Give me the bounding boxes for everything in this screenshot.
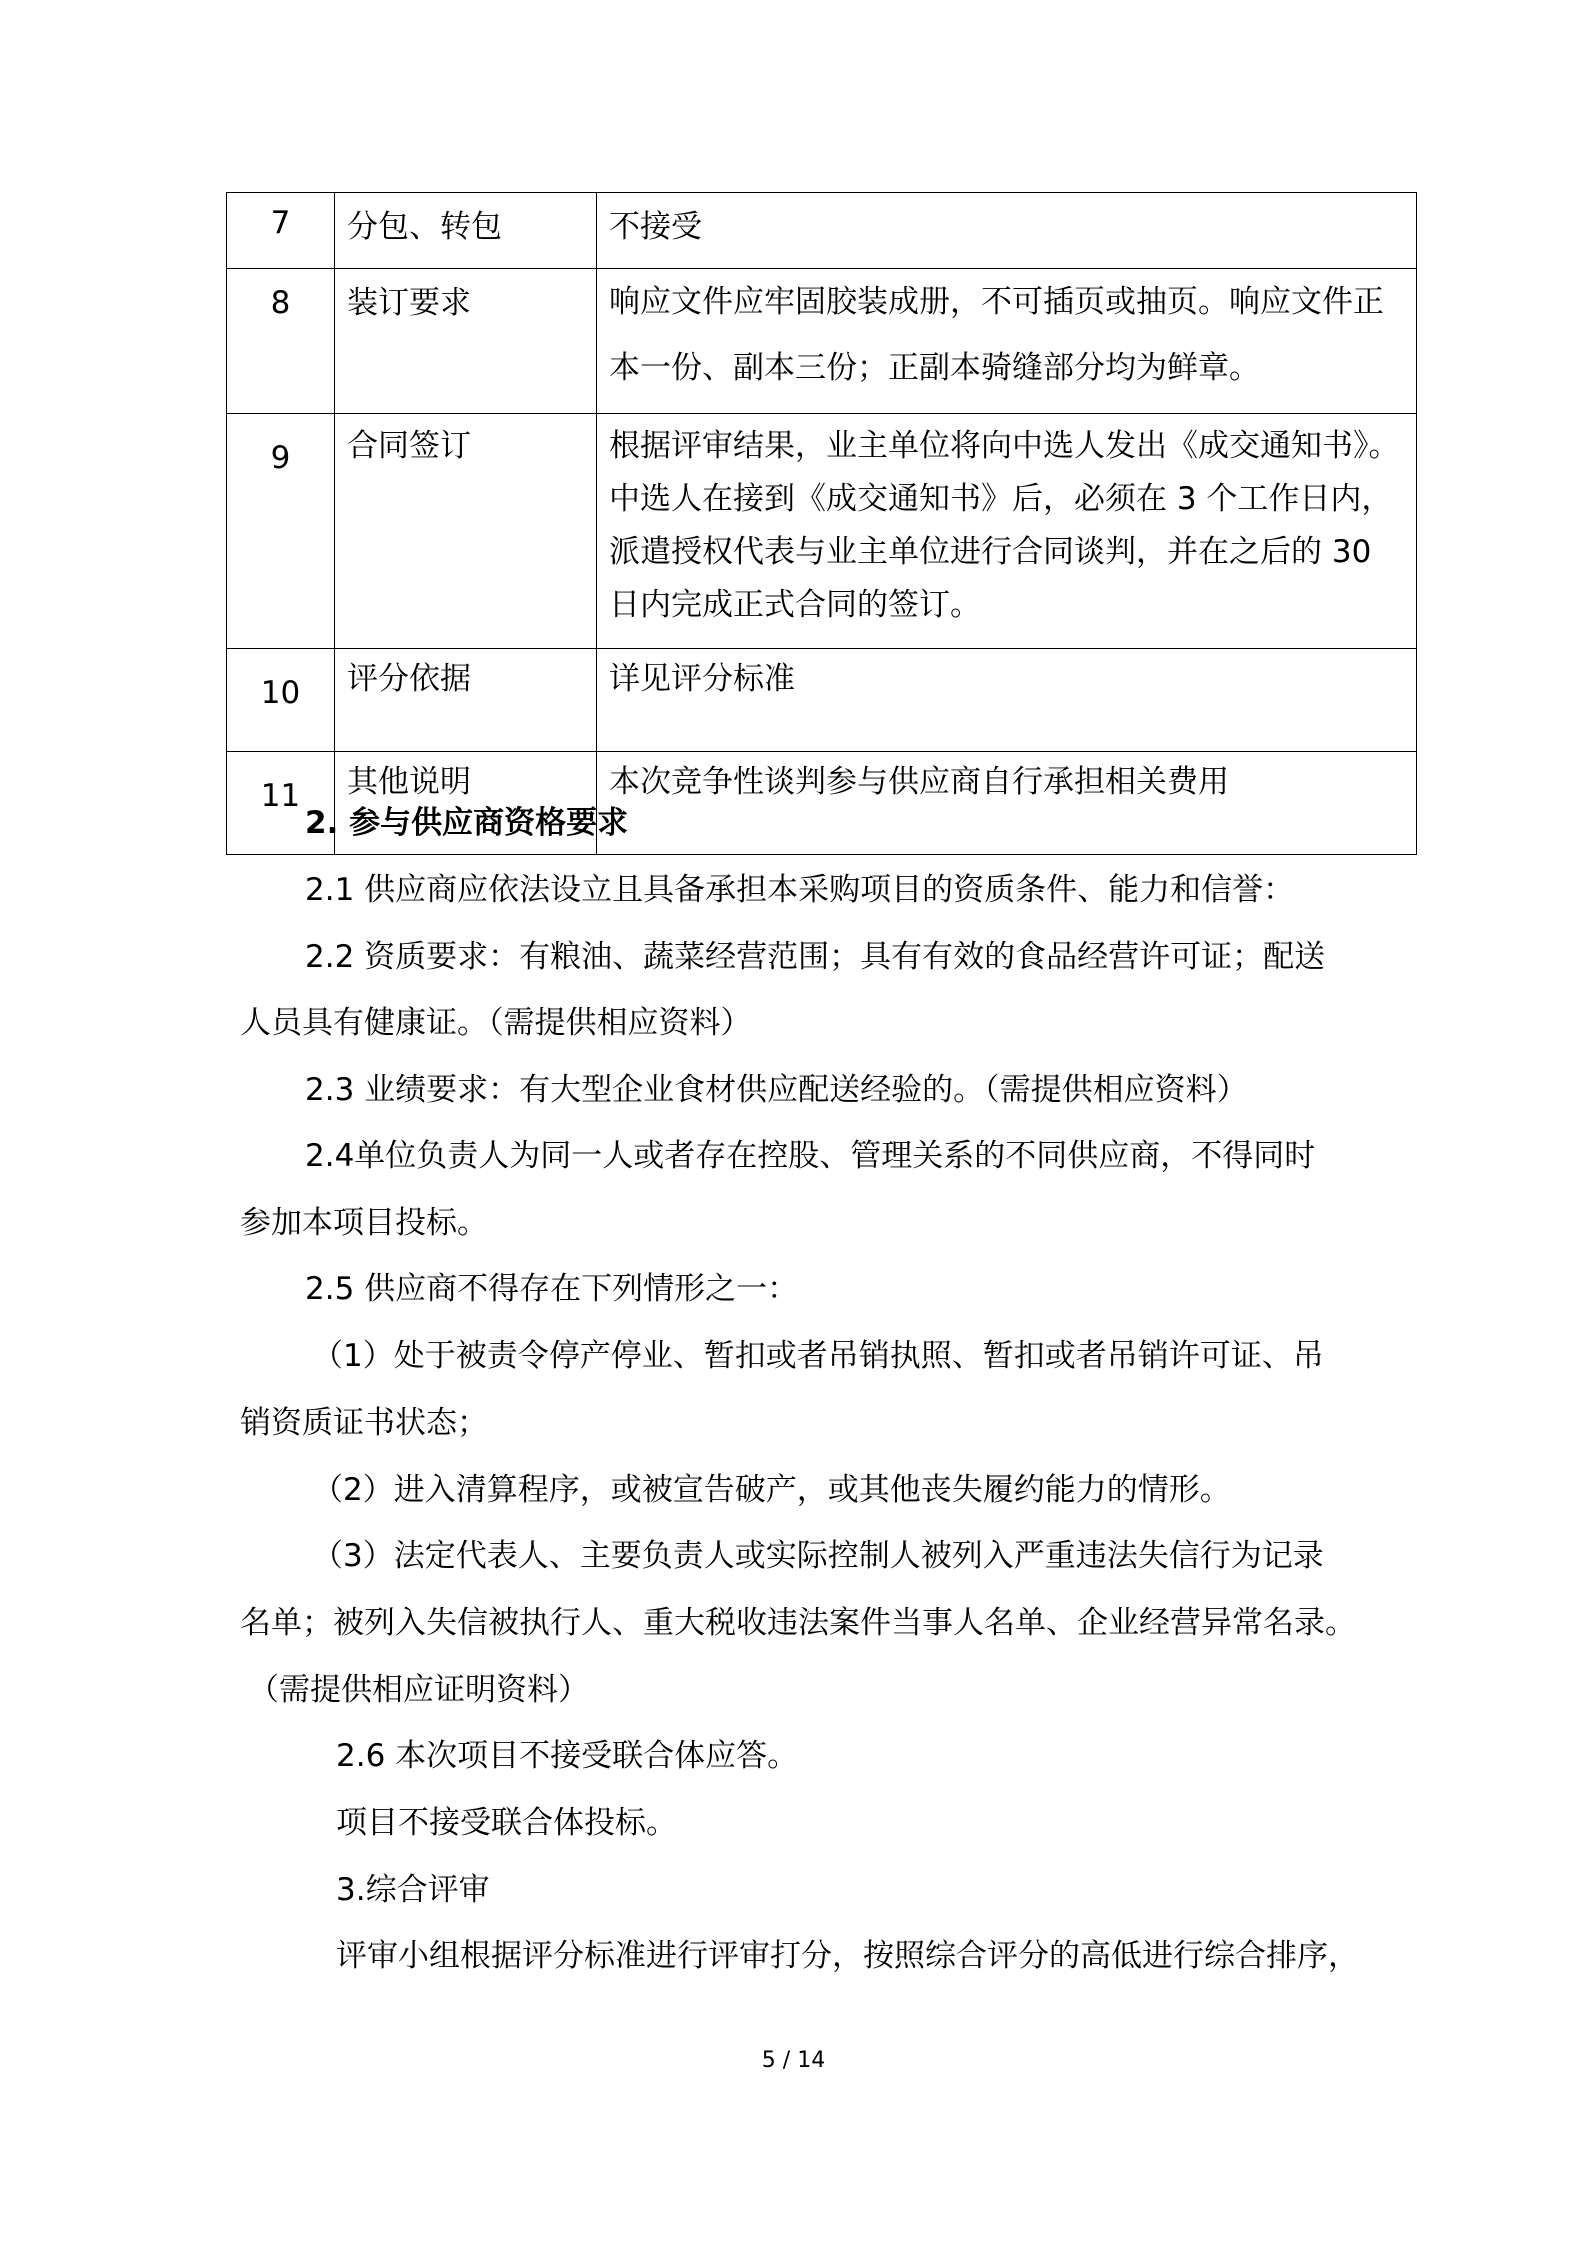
paragraph-2-2-line1: 2.2 资质要求：有粮油、蔬菜经营范围；具有有效的食品经营许可证；配送	[305, 924, 1325, 990]
table-row: 9 合同签订 根据评审结果，业主单位将向中选人发出《成交通知书》。 中选人在接到…	[227, 414, 1417, 649]
row-item-value: 响应文件应牢固胶装成册，不可插页或抽页。响应文件正 本一份、副本三份；正副本骑缝…	[597, 269, 1417, 414]
table-row: 7 分包、转包 不接受	[227, 193, 1417, 269]
value-line: 根据评审结果，业主单位将向中选人发出《成交通知书》。	[609, 420, 1404, 473]
paragraph-2-4-line2: 参加本项目投标。	[240, 1190, 488, 1256]
list-item-3-line3: （需提供相应证明资料）	[248, 1657, 589, 1723]
value-line: 中选人在接到《成交通知书》后，必须在 3 个工作日内，	[609, 473, 1404, 526]
value-line: 派遣授权代表与业主单位进行合同谈判，并在之后的 30	[609, 526, 1404, 579]
section-heading-supplier-qualifications: 2. 参与供应商资格要求	[305, 790, 628, 856]
value-line: 响应文件应牢固胶装成册，不可插页或抽页。响应文件正	[609, 269, 1404, 335]
table-row: 8 装订要求 响应文件应牢固胶装成册，不可插页或抽页。响应文件正 本一份、副本三…	[227, 269, 1417, 414]
table-row: 10 评分依据 详见评分标准	[227, 649, 1417, 752]
row-item-value: 根据评审结果，业主单位将向中选人发出《成交通知书》。 中选人在接到《成交通知书》…	[597, 414, 1417, 649]
page-indicator: 5 / 14	[0, 2048, 1587, 2073]
value-line: 详见评分标准	[609, 653, 1404, 705]
paragraph-2-6: 2.6 本次项目不接受联合体应答。	[336, 1723, 798, 1789]
value-line: 日内完成正式合同的签订。	[609, 579, 1404, 632]
list-item-1-line1: （1）处于被责令停产停业、暂扣或者吊销执照、暂扣或者吊销许可证、吊	[312, 1323, 1324, 1389]
paragraph-2-5: 2.5 供应商不得存在下列情形之一：	[305, 1256, 798, 1322]
row-item-name: 分包、转包	[335, 193, 597, 269]
row-number: 7	[227, 193, 335, 269]
paragraph-2-2-line2: 人员具有健康证。（需提供相应资料）	[240, 990, 752, 1056]
row-item-value: 不接受	[597, 193, 1417, 269]
paragraph-2-1: 2.1 供应商应依法设立且具备承担本采购项目的资质条件、能力和信誉：	[305, 857, 1294, 923]
document-page: 7 分包、转包 不接受 8 装订要求 响应文件应牢固胶装成册，不可插页或抽页。响…	[0, 0, 1587, 2245]
list-item-1-line2: 销资质证书状态；	[240, 1390, 488, 1456]
row-number: 8	[227, 269, 335, 414]
value-line: 本一份、副本三份；正副本骑缝部分均为鲜章。	[609, 335, 1404, 401]
row-item-value: 详见评分标准	[597, 649, 1417, 752]
row-item-name: 评分依据	[335, 649, 597, 752]
list-item-3-line2: 名单；被列入失信被执行人、重大税收违法案件当事人名单、企业经营异常名录。	[240, 1590, 1356, 1656]
list-item-3-line1: （3）法定代表人、主要负责人或实际控制人被列入严重违法失信行为记录	[312, 1523, 1324, 1589]
row-number: 9	[227, 414, 335, 649]
paragraph-3-1: 评审小组根据评分标准进行评审打分，按照综合评分的高低进行综合排序，	[336, 1923, 1359, 1989]
paragraph-2-4-line1: 2.4单位负责人为同一人或者存在控股、管理关系的不同供应商，不得同时	[305, 1123, 1315, 1189]
value-line: 不接受	[609, 201, 1404, 253]
row-item-name: 合同签订	[335, 414, 597, 649]
list-item-2: （2）进入清算程序，或被宣告破产，或其他丧失履约能力的情形。	[312, 1457, 1231, 1523]
section-heading-evaluation: 3.综合评审	[336, 1857, 490, 1923]
row-item-name: 装订要求	[335, 269, 597, 414]
row-item-value: 本次竞争性谈判参与供应商自行承担相关费用	[597, 752, 1417, 855]
row-number: 10	[227, 649, 335, 752]
value-line: 本次竞争性谈判参与供应商自行承担相关费用	[609, 756, 1404, 808]
requirements-table: 7 分包、转包 不接受 8 装订要求 响应文件应牢固胶装成册，不可插页或抽页。响…	[226, 192, 1417, 855]
paragraph-2-3: 2.3 业绩要求：有大型企业食材供应配送经验的。（需提供相应资料）	[305, 1057, 1248, 1123]
paragraph-2-6b: 项目不接受联合体投标。	[336, 1790, 677, 1856]
